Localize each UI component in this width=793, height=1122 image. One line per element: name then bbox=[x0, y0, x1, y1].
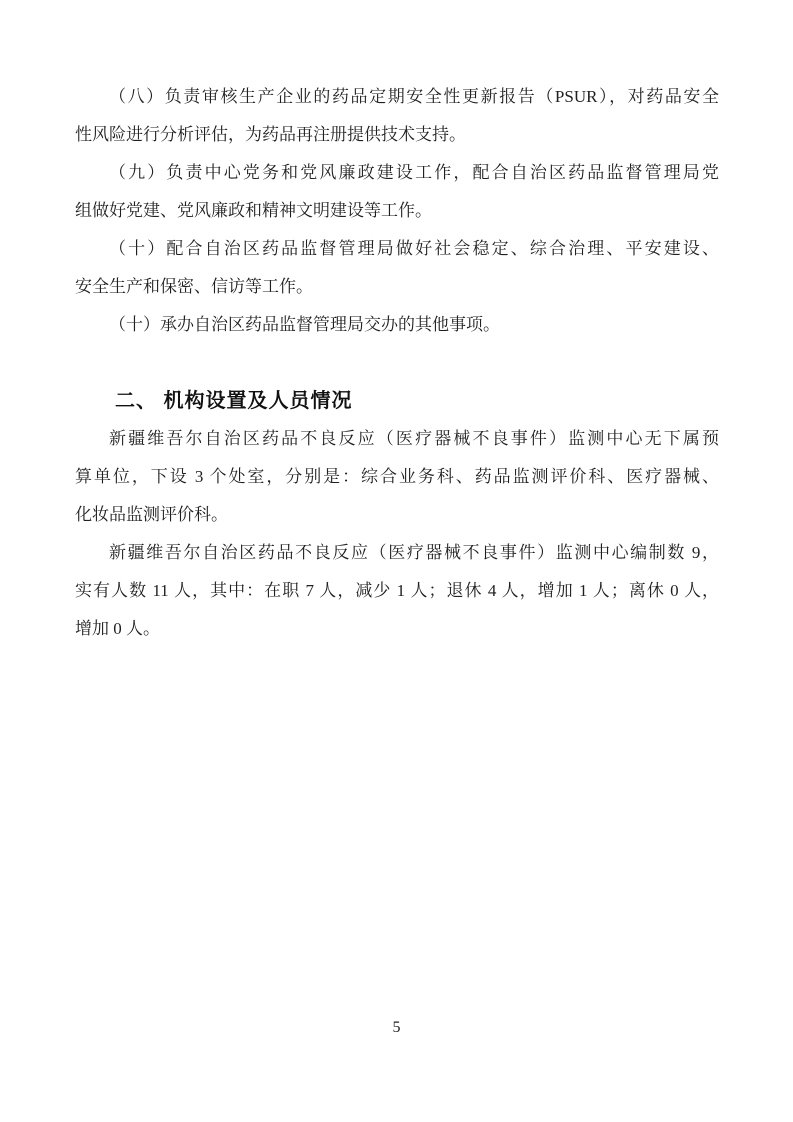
text-line: （九）负责中心党务和党风廉政建设工作，配合自治区药品监督管理局党 bbox=[75, 154, 719, 192]
text-line: 化妆品监测评价科。 bbox=[75, 496, 719, 534]
text-line: 增加 0 人。 bbox=[75, 610, 719, 648]
page-footer: 5 bbox=[0, 1016, 793, 1040]
paragraph: （九）负责中心党务和党风廉政建设工作，配合自治区药品监督管理局党组做好党建、党风… bbox=[75, 154, 719, 230]
paragraph: （十）承办自治区药品监督管理局交办的其他事项。 bbox=[75, 306, 719, 344]
text-line: 性风险进行分析评估，为药品再注册提供技术支持。 bbox=[75, 116, 719, 154]
text-line: （十）配合自治区药品监督管理局做好社会稳定、综合治理、平安建设、 bbox=[75, 230, 719, 268]
text-line: （八）负责审核生产企业的药品定期安全性更新报告（PSUR），对药品安全 bbox=[75, 78, 719, 116]
text-line: 算单位，下设 3 个处室，分别是：综合业务科、药品监测评价科、医疗器械、 bbox=[75, 458, 719, 496]
document-page: （八）负责审核生产企业的药品定期安全性更新报告（PSUR），对药品安全性风险进行… bbox=[0, 0, 793, 1122]
paragraph-spacer bbox=[75, 344, 719, 382]
text-line: 实有人数 11 人，其中：在职 7 人，减少 1 人；退休 4 人，增加 1 人… bbox=[75, 572, 719, 610]
section-heading: 二、 机构设置及人员情况 bbox=[75, 382, 719, 420]
paragraph: 新疆维吾尔自治区药品不良反应（医疗器械不良事件）监测中心编制数 9，实有人数 1… bbox=[75, 534, 719, 648]
text-line: （十）承办自治区药品监督管理局交办的其他事项。 bbox=[75, 306, 719, 344]
text-line: 安全生产和保密、信访等工作。 bbox=[75, 268, 719, 306]
document-body: （八）负责审核生产企业的药品定期安全性更新报告（PSUR），对药品安全性风险进行… bbox=[75, 78, 719, 648]
text-line: 新疆维吾尔自治区药品不良反应（医疗器械不良事件）监测中心无下属预 bbox=[75, 420, 719, 458]
text-line: 新疆维吾尔自治区药品不良反应（医疗器械不良事件）监测中心编制数 9， bbox=[75, 534, 719, 572]
page-number: 5 bbox=[393, 1019, 401, 1036]
text-line: 组做好党建、党风廉政和精神文明建设等工作。 bbox=[75, 192, 719, 230]
paragraph: （十）配合自治区药品监督管理局做好社会稳定、综合治理、平安建设、安全生产和保密、… bbox=[75, 230, 719, 306]
paragraph: （八）负责审核生产企业的药品定期安全性更新报告（PSUR），对药品安全性风险进行… bbox=[75, 78, 719, 154]
paragraph: 新疆维吾尔自治区药品不良反应（医疗器械不良事件）监测中心无下属预算单位，下设 3… bbox=[75, 420, 719, 534]
